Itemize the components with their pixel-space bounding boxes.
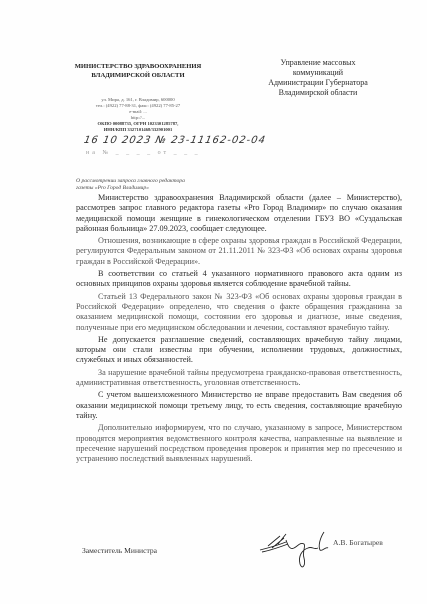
ministry-line-1: МИНИСТЕРСТВО ЗДРАВООХРАНЕНИЯ bbox=[58, 62, 218, 71]
paragraph-4: Статьей 13 Федерального закон № 323-ФЗ «… bbox=[76, 292, 402, 333]
sender-address-block: ул. Мира, д. 161, г. Владимир, 600000 те… bbox=[68, 97, 208, 133]
handwritten-registration-number: 16 10 2023 № 23-11162-02-04 bbox=[83, 135, 267, 146]
signatory-name: А.В. Богатырев bbox=[333, 538, 383, 547]
ministry-line-2: ВЛАДИМИРСКОЙ ОБЛАСТИ bbox=[58, 71, 218, 80]
sender-ministry-name: МИНИСТЕРСТВО ЗДРАВООХРАНЕНИЯ ВЛАДИМИРСКО… bbox=[58, 62, 218, 80]
paragraph-7: С учетом вышеизложенного Министерство не… bbox=[76, 390, 402, 421]
recipient-block: Управление массовых коммуникаций Админис… bbox=[232, 58, 404, 98]
reference-line: на № _ _ _ _ от _ _ _ bbox=[86, 150, 201, 156]
paragraph-3: В соответствии со статьей 4 указанного н… bbox=[76, 269, 402, 290]
paragraph-8: Дополнительно информируем, что по случаю… bbox=[76, 423, 402, 464]
paragraph-5: Не допускается разглашение сведений, сос… bbox=[76, 335, 402, 366]
subject-line-2: газеты «Pro Город Владимир» bbox=[76, 185, 236, 192]
subject-line: О рассмотрении запроса главного редактор… bbox=[76, 178, 236, 192]
letter-body: Министерство здравоохранения Владимирско… bbox=[76, 193, 402, 464]
paragraph-1: Министерство здравоохранения Владимирско… bbox=[76, 193, 402, 234]
paragraph-6: За нарушение врачебной тайны предусмотре… bbox=[76, 368, 402, 389]
recipient-line-1: Управление массовых bbox=[232, 58, 404, 68]
recipient-line-2: коммуникаций bbox=[232, 68, 404, 78]
signatory-title: Заместитель Министра bbox=[82, 546, 157, 555]
recipient-line-4: Владимирской области bbox=[232, 88, 404, 98]
handwritten-signature-icon bbox=[258, 528, 336, 572]
inn-line: ИНН/КПП 3327101468/332901001 bbox=[68, 127, 208, 133]
recipient-line-3: Администрации Губернатора bbox=[232, 78, 404, 88]
paragraph-2: Отношения, возникающие в сфере охраны зд… bbox=[76, 236, 402, 267]
